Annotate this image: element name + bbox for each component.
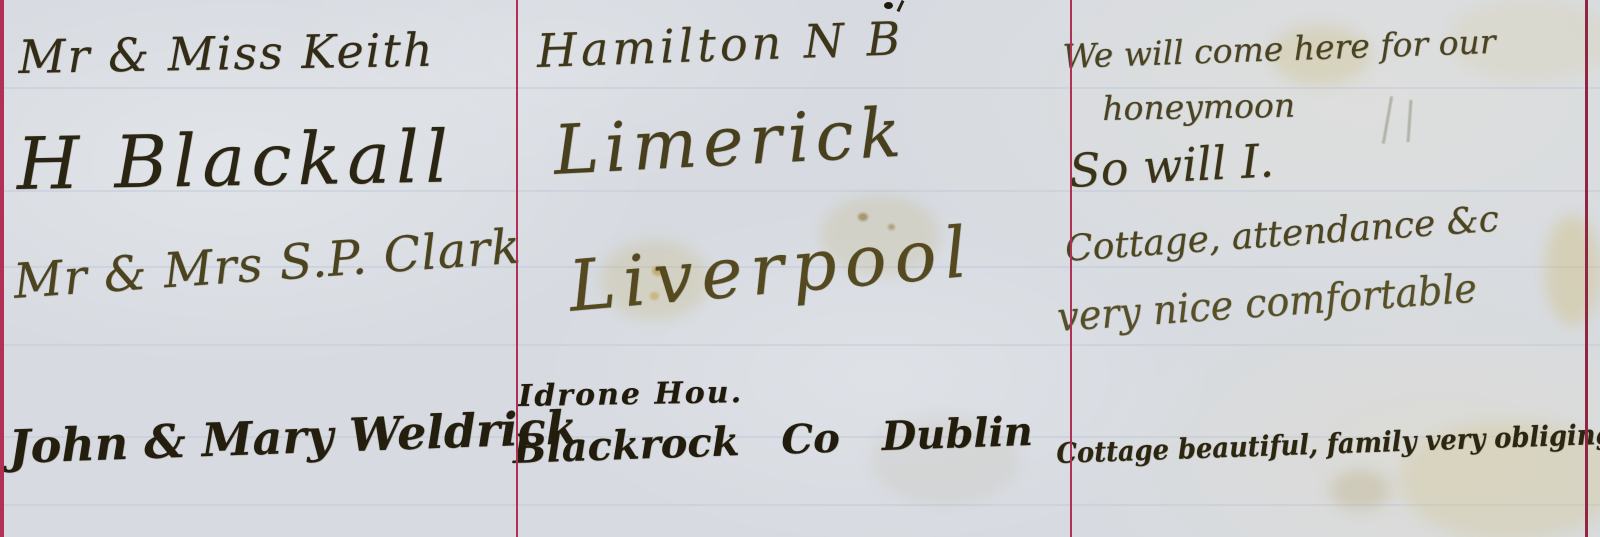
entry-1-remarks-line2: honeymoon <box>1102 89 1295 125</box>
pencil-mark <box>1407 100 1413 142</box>
register-page: Mr & Miss Keith Hamilton N B We will com… <box>0 0 1600 537</box>
entry-3-remarks-line1: Cottage, attendance &c <box>1064 202 1500 268</box>
entry-2-remarks-line1: So will I. <box>1068 137 1275 194</box>
entry-4-name: John & Mary Weldrick <box>8 404 578 470</box>
column-rule-right-edge <box>1585 0 1588 537</box>
stain <box>1545 215 1600 325</box>
ruled-line <box>0 87 1600 89</box>
entry-3-name: Mr & Mrs S.P. Clark <box>12 223 523 306</box>
ink-speck <box>884 2 893 9</box>
entry-1-remarks-line1: We will come here for our <box>1062 25 1496 73</box>
entry-2-name: H Blackall <box>16 120 455 200</box>
pencil-mark <box>1382 96 1393 144</box>
column-rule-1 <box>516 0 518 537</box>
ruled-line <box>0 344 1600 346</box>
column-rule-left-edge <box>0 0 4 537</box>
entry-1-residence: Hamilton N B <box>536 15 905 74</box>
entry-2-residence: Limerick <box>552 100 908 186</box>
entry-3-remarks-line2: very nice comfortable <box>1056 269 1478 338</box>
column-rule-2 <box>1070 0 1072 537</box>
entry-1-name: Mr & Miss Keith <box>18 27 435 80</box>
entry-3-residence: Liverpool <box>566 217 977 322</box>
stain <box>1330 470 1390 510</box>
